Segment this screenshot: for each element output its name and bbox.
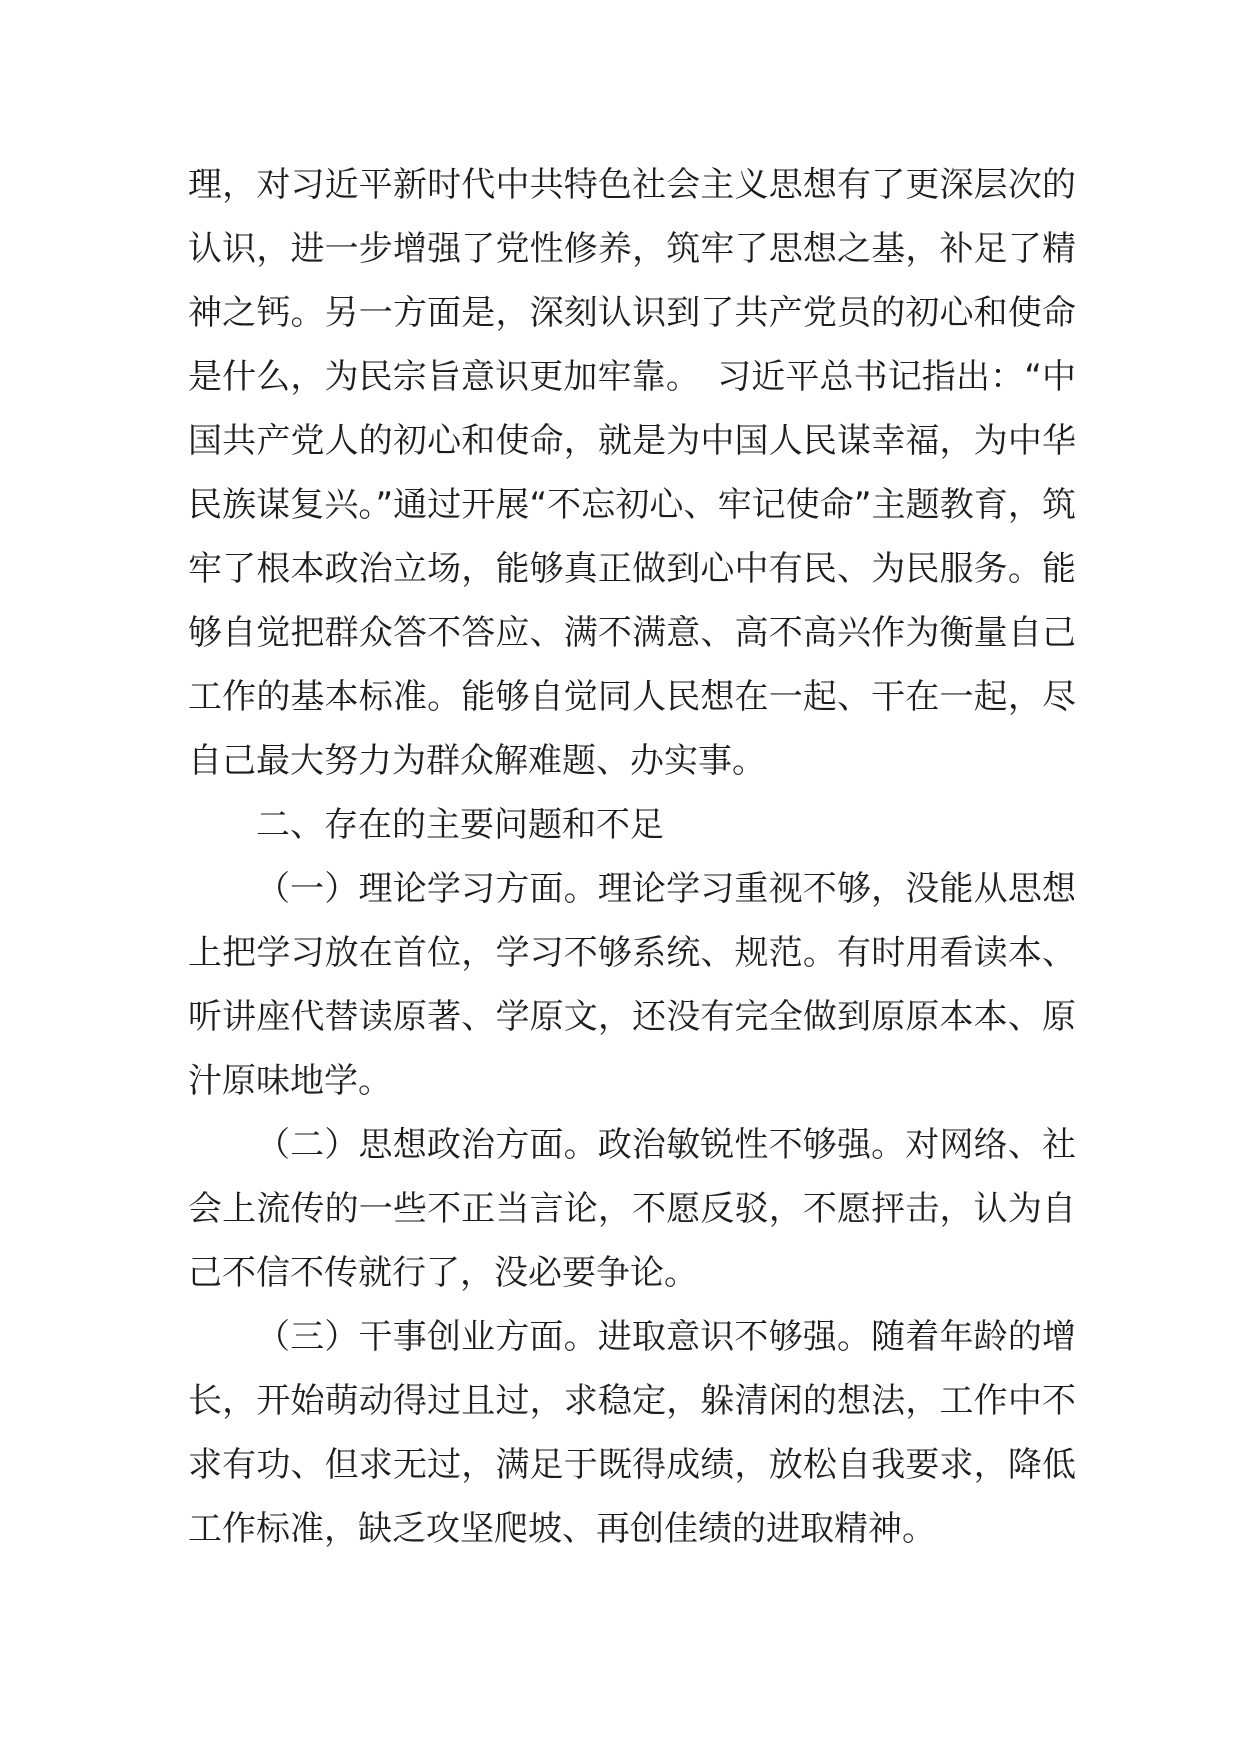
paragraph-work-enterprise: （三）干事创业方面。进取意识不够强。随着年龄的增长，开始萌动得过且过，求稳定，躲… bbox=[188, 1305, 1076, 1561]
paragraph-continuation: 理，对习近平新时代中共特色社会主义思想有了更深层次的认识，进一步增强了党性修养，… bbox=[188, 153, 1076, 793]
document-text-block: 理，对习近平新时代中共特色社会主义思想有了更深层次的认识，进一步增强了党性修养，… bbox=[188, 153, 1076, 1561]
paragraph-theory-study: （一）理论学习方面。理论学习重视不够，没能从思想上把学习放在首位，学习不够系统、… bbox=[188, 857, 1076, 1113]
section-heading: 二、存在的主要问题和不足 bbox=[188, 793, 1076, 857]
document-page: 理，对习近平新时代中共特色社会主义思想有了更深层次的认识，进一步增强了党性修养，… bbox=[0, 0, 1241, 1755]
paragraph-ideology-politics: （二）思想政治方面。政治敏锐性不够强。对网络、社会上流传的一些不正当言论，不愿反… bbox=[188, 1113, 1076, 1305]
